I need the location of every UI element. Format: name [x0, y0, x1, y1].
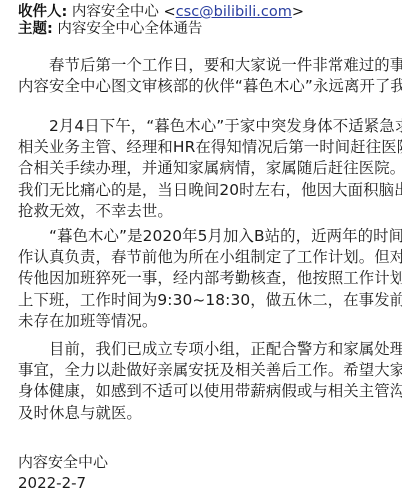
recipient-name: 内容安全中心	[72, 4, 159, 20]
signature-sender: 内容安全中心	[18, 452, 108, 473]
paragraph-2: 2月4日下午，“暮色木心”于家中突发身体不适紧急求医。 相关业务主管、经理和HR…	[18, 116, 399, 222]
email-bracket-close: >	[292, 4, 304, 20]
email-notice: 收件人: 内容安全中心 <csc@bilibili.com> 主题: 内容安全中…	[0, 0, 402, 489]
paragraph-line: 身体健康，如感到不适可以使用带薪病假或与相关主管沟通，	[18, 381, 399, 402]
subject-label: 主题:	[18, 21, 53, 37]
subject-line: 主题: 内容安全中心全体通告	[18, 21, 202, 38]
paragraph-line: 上下班，工作时间为9:30~18:30，做五休二，在事发前一周内	[18, 290, 399, 311]
paragraph-line: 目前，我们已成立专项小组，正配合警方和家属处理后续	[18, 339, 399, 360]
paragraph-line: 春节后第一个工作日，要和大家说一件非常难过的事情，	[18, 55, 399, 76]
email-bracket-open: <	[164, 4, 176, 20]
paragraph-4: 目前，我们已成立专项小组，正配合警方和家属处理后续 事宜，全力以赴做好亲属安抚及…	[18, 339, 399, 424]
paragraph-line: 传他因加班猝死一事，经内部考勤核查，他按照工作计划正常	[18, 268, 399, 289]
recipient-email-link[interactable]: csc@bilibili.com	[176, 4, 292, 20]
paragraph-line: 2月4日下午，“暮色木心”于家中突发身体不适紧急求医。	[18, 116, 399, 137]
paragraph-line: 抢救无效，不幸去世。	[18, 201, 399, 222]
signature-block: 内容安全中心 2022-2-7	[18, 452, 108, 489]
recipient-line: 收件人: 内容安全中心 <csc@bilibili.com>	[18, 4, 304, 21]
subject-text: 内容安全中心全体通告	[57, 21, 202, 37]
recipient-label: 收件人:	[18, 4, 67, 20]
paragraph-line: “暮色木心”是2020年5月加入B站的，近两年的时间里他工	[18, 226, 399, 247]
paragraph-3: “暮色木心”是2020年5月加入B站的，近两年的时间里他工 作认真负责，春节前他…	[18, 226, 399, 332]
paragraph-line: 相关业务主管、经理和HR在得知情况后第一时间赶往医院配	[18, 137, 399, 158]
paragraph-line: 合相关手续办理，并通知家属病情，家属随后赶往医院。但令	[18, 158, 399, 179]
paragraph-1: 春节后第一个工作日，要和大家说一件非常难过的事情， 内容安全中心图文审核部的伙伴…	[18, 55, 399, 97]
paragraph-line: 内容安全中心图文审核部的伙伴“暮色木心”永远离开了我们。	[18, 76, 399, 97]
paragraph-line: 未存在加班等情况。	[18, 311, 399, 332]
paragraph-line: 我们无比痛心的是，当日晚间20时左右，他因大面积脑出血经	[18, 180, 399, 201]
paragraph-line: 作认真负责，春节前他为所在小组制定了工作计划。但对于网	[18, 247, 399, 268]
paragraph-line: 及时休息与就医。	[18, 403, 399, 424]
signature-date: 2022-2-7	[18, 473, 108, 489]
paragraph-line: 事宜，全力以赴做好亲属安抚及相关善后工作。希望大家注意	[18, 360, 399, 381]
